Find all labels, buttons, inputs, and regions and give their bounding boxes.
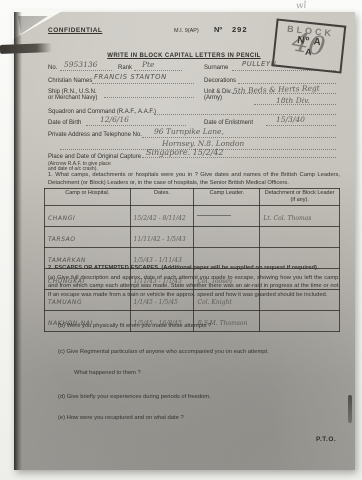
block-leader: Lt. Col. Thomas — [263, 215, 311, 222]
confidential-marking: CONFIDENTIAL — [48, 27, 102, 34]
col-dates: Dates. — [130, 189, 194, 206]
section2-question-a: (a) Give full description and approx. da… — [48, 274, 340, 299]
camp-dates: 11/11/42 - 1/5/43 — [134, 236, 186, 243]
serial-no-label: Nº — [214, 26, 222, 35]
ship-rule — [104, 97, 194, 98]
capture-rule — [142, 157, 336, 158]
photo-background: CONFIDENTIAL M.I. 9(AP) Nº 292 BLOCK Nº … — [0, 0, 362, 480]
col-block-leader: Detachment or Block Leader (if any). — [260, 189, 340, 206]
camps-table: Camp or Hospital. Dates. Camp Leader. De… — [44, 188, 340, 332]
address-value-line1: 96 Turnpike Lane, — [154, 127, 224, 136]
decorations-label: Decorations — [204, 78, 236, 85]
camp-name: TARSAO — [48, 236, 76, 243]
camps-table-header-row: Camp or Hospital. Dates. Camp Leader. De… — [45, 189, 340, 206]
section2-title: 2. ESCAPES OR ATTEMPTED ESCAPES. (Additi… — [48, 264, 340, 272]
service-no-label: No. — [48, 65, 57, 72]
pto-marking: P.T.O. — [316, 436, 336, 443]
form-reference: M.I. 9(AP) — [174, 28, 199, 34]
camp-row: CHANGI 15/2/42 - 8/11/42 Lt. Col. Thomas — [45, 205, 340, 226]
capture-label: Place and Date of Original Capture — [48, 154, 141, 161]
camp-row: TARSAO 11/11/42 - 1/5/43 — [45, 226, 340, 247]
unit-div-value2: 18th Div. — [276, 96, 310, 105]
section2-question-d: (d) Give briefly your experiences during… — [58, 393, 338, 401]
section2-question-c2: What happened to them ? — [74, 369, 274, 377]
unit-div-label-line2: (Army) — [204, 95, 222, 102]
rank-value: Pte — [142, 60, 155, 69]
serial-number: 292 — [232, 26, 248, 35]
camp-name: TAMUANG — [48, 299, 82, 306]
address-value-line2: Hornsey. N.8. London — [162, 139, 244, 148]
binding-tape-mark — [0, 43, 52, 54]
dob-rule — [86, 125, 186, 126]
surname-rule — [232, 70, 336, 71]
pencil-scribble: wl — [296, 0, 308, 11]
camp-dates: 1/1/45 - 1/5/45 — [134, 299, 178, 306]
address-rule1 — [142, 137, 336, 138]
christian-names-value: FRANCIS STANTON — [94, 73, 167, 81]
service-no-rule — [60, 70, 112, 71]
section2-question-b: (b) Were you physically fit when you mad… — [58, 322, 338, 330]
rank-label: Rank — [118, 65, 132, 72]
service-no-value: 5953136 — [64, 60, 97, 69]
section2-question-e: (e) How were you recaptured and on what … — [58, 414, 338, 422]
christian-names-rule — [92, 83, 194, 84]
squadron-rule — [154, 114, 336, 115]
camp-leader-dash — [197, 215, 231, 216]
christian-names-label: Christian Names — [48, 78, 92, 85]
surname-label: Surname — [204, 65, 228, 72]
binding-edge — [14, 12, 22, 470]
instruction-heading: WRITE IN BLOCK CAPITAL LETTERS IN PENCIL — [54, 53, 314, 60]
questionnaire-form-page: CONFIDENTIAL M.I. 9(AP) Nº 292 BLOCK Nº … — [14, 12, 355, 470]
col-camp-leader: Camp Leader. — [194, 189, 260, 206]
surname-value: PULLEYN — [242, 60, 276, 68]
section2-question-c: (c) Give Regimental particulars of anyon… — [58, 348, 338, 356]
camp-dates: 1/5/43 - 1/11/43 — [134, 257, 182, 264]
address-label: Private Address and Telephone No. — [48, 132, 142, 139]
section1-question: 1. What camps, detachments or hospitals … — [48, 171, 340, 188]
rank-rule — [134, 70, 182, 71]
camp-leader: Col. Knight — [197, 299, 231, 306]
dob-label: Date of Birth — [48, 120, 81, 127]
ship-label-line2: or Merchant Navy) — [48, 95, 97, 102]
enlistment-label: Date of Enlistment — [204, 120, 253, 127]
right-edge-ink-mark — [348, 395, 352, 423]
dob-value: 12/6/16 — [100, 115, 129, 124]
camp-name: TAMARKAN — [48, 257, 86, 264]
col-camp-or-hospital: Camp or Hospital. — [45, 189, 131, 206]
enlistment-value: 15/3/40 — [276, 115, 305, 124]
camp-dates: 15/2/42 - 8/11/42 — [134, 215, 186, 222]
capture-value: Singapore. 15/2/42 — [146, 148, 224, 157]
enlistment-rule — [266, 125, 336, 126]
camp-name: CHANGI — [48, 215, 75, 222]
